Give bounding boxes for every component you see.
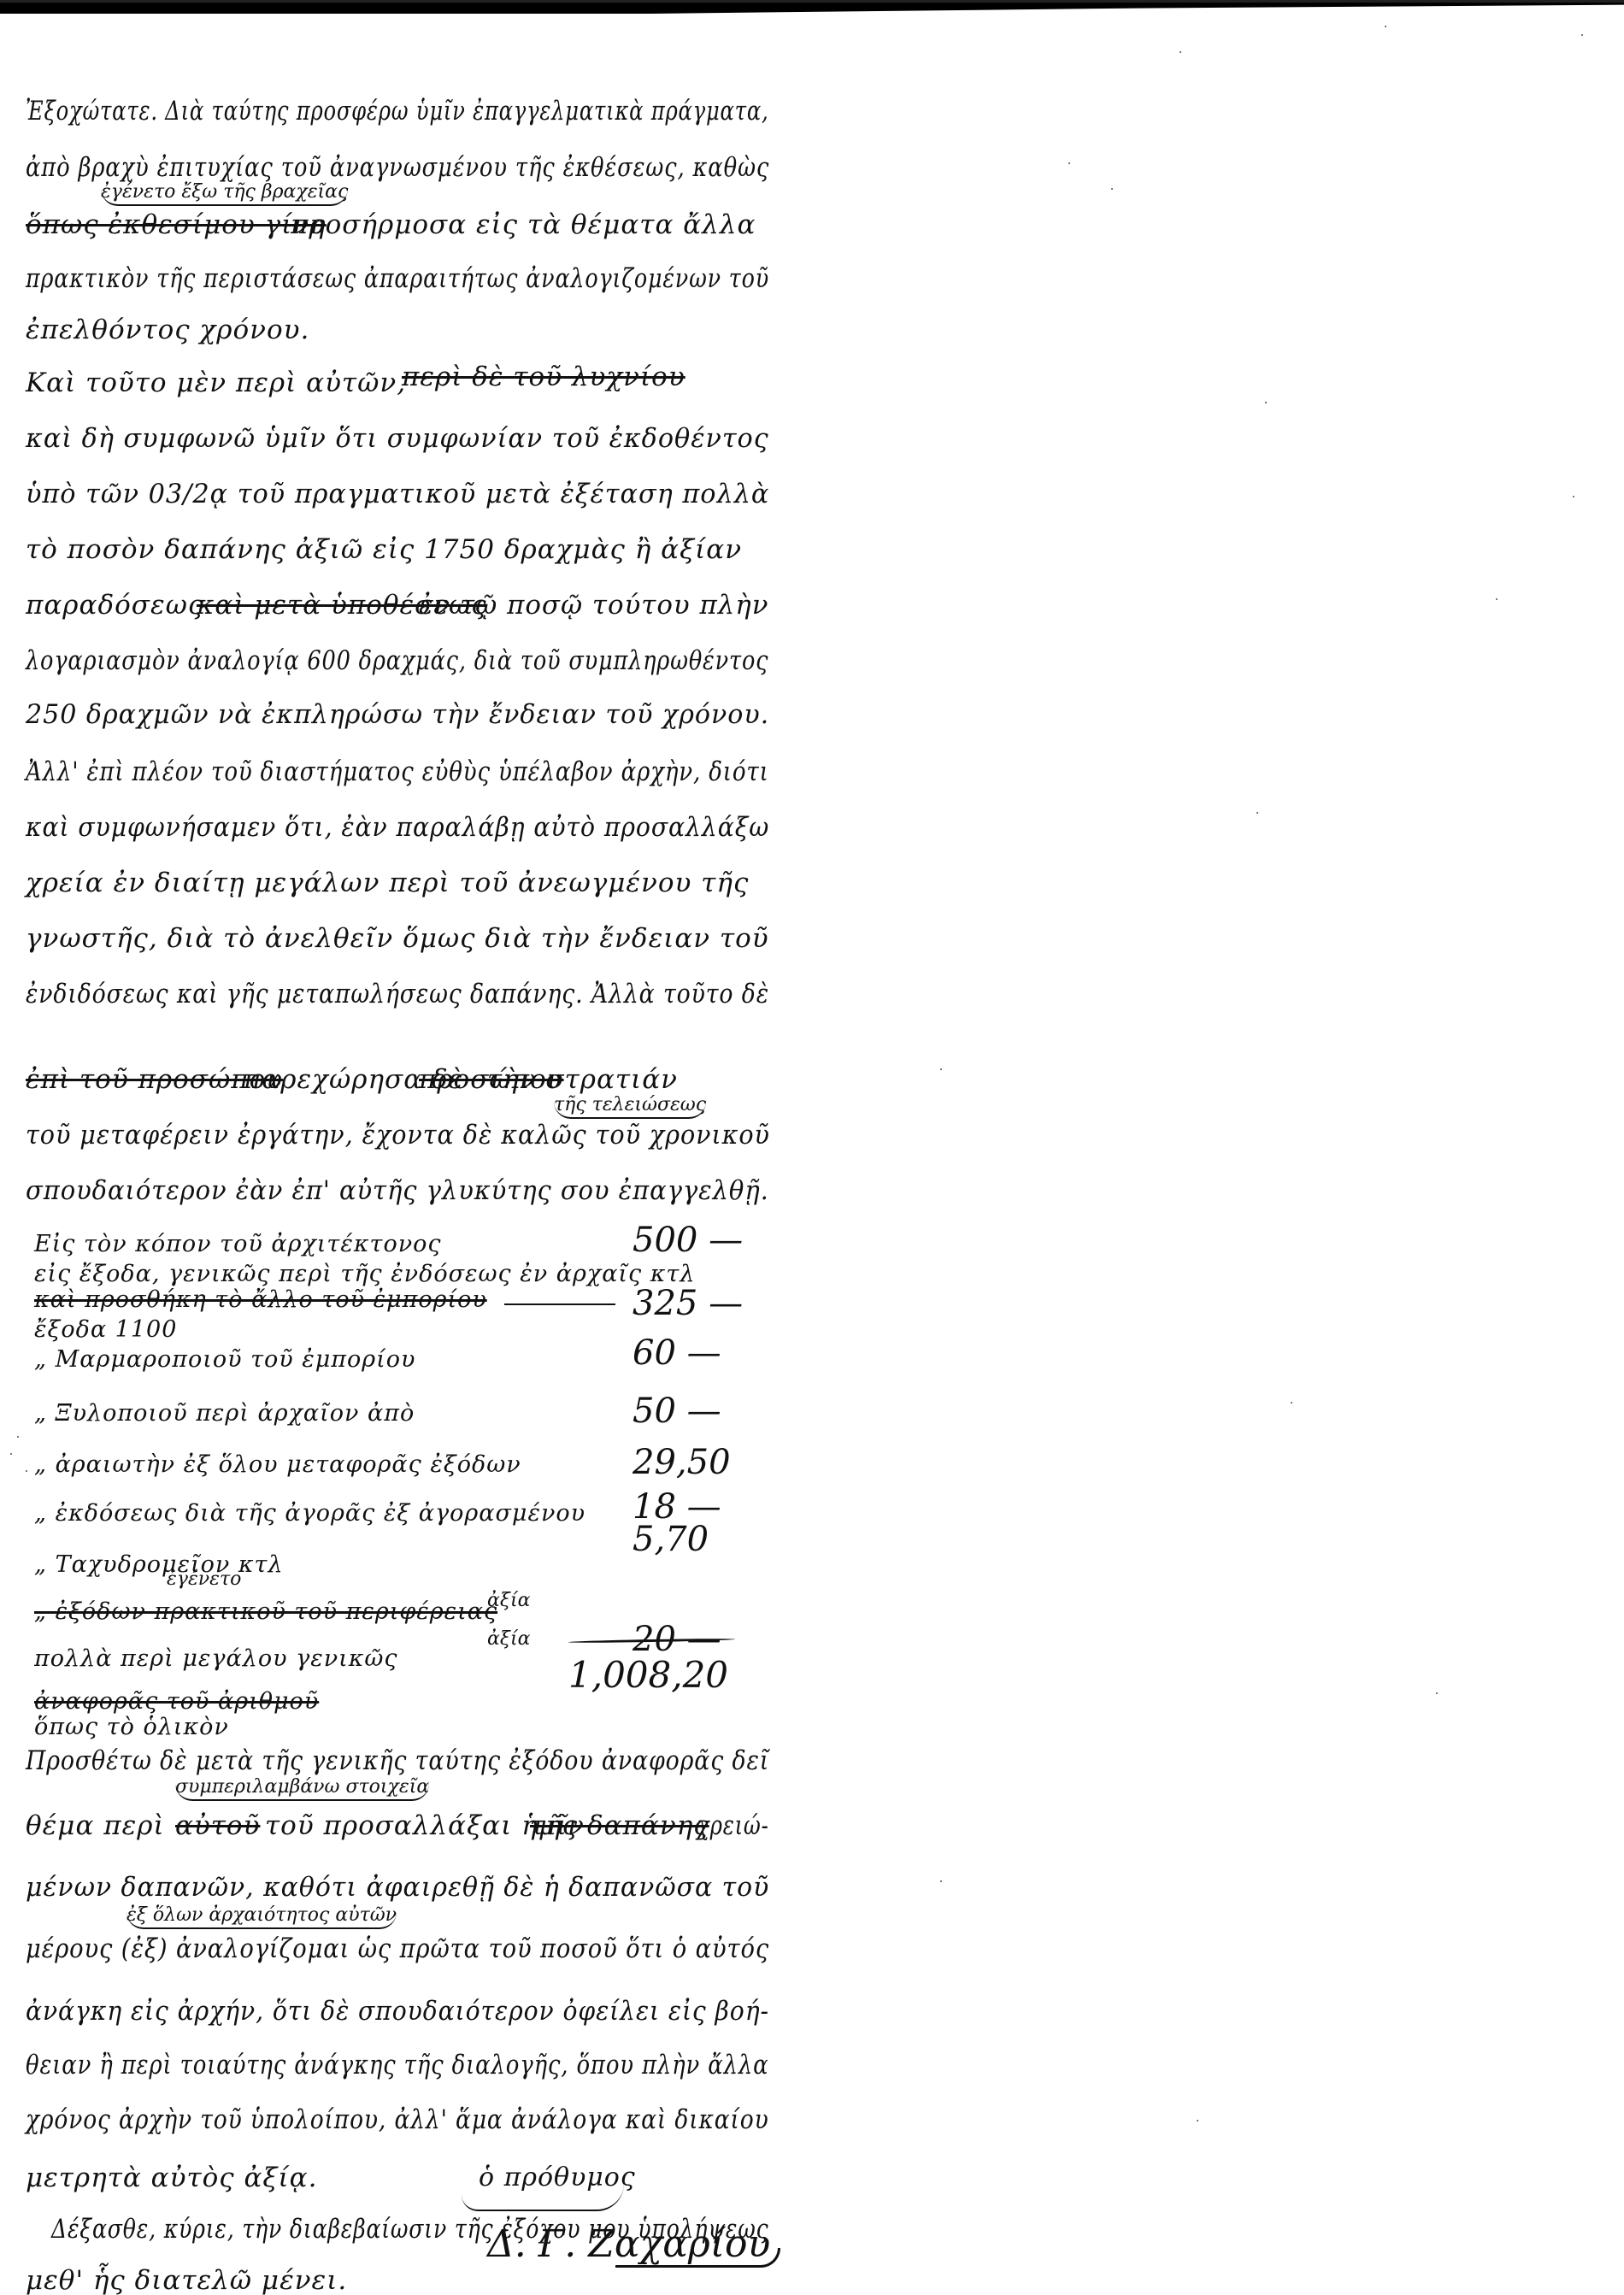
- handwritten-line: Ἀλλ' ἐπὶ πλέον τοῦ διαστήματος εὐθὺς ὑπέ…: [26, 756, 769, 787]
- handwritten-line: μένων δαπανῶν, καθότι ἀφαιρεθῇ δὲ ἡ δαπα…: [26, 1872, 769, 1903]
- account-item-label: καὶ προσθήκη τὸ ἄλλο τοῦ ἐμπορίου: [34, 1286, 487, 1313]
- scan-speck: [1496, 598, 1497, 600]
- scan-speck: [10, 1453, 12, 1455]
- scan-speck: [26, 1470, 27, 1472]
- scan-speck: [1581, 34, 1583, 36]
- handwritten-line: μεθ' ἧς διατελῶ μένει.: [26, 2265, 347, 2295]
- scan-speck: [1197, 2120, 1198, 2121]
- scan-speck: [1265, 402, 1267, 403]
- manuscript-page: Ἐξοχώτατε. Διὰ ταύτης προσφέρω ὑμῖν ἐπαγ…: [0, 0, 1624, 2295]
- account-item-label: ὅπως τὸ ὁλικὸν: [34, 1714, 229, 1740]
- handwritten-line: χρειώ-: [697, 1810, 769, 1841]
- scan-speck: [940, 1068, 942, 1070]
- handwritten-line: ἀνάγκη εἰς ἀρχήν, ὅτι δὲ σπουδαιότερον ὀ…: [26, 1996, 769, 2027]
- interlinear-insertion: τῆς τελειώσεως: [554, 1094, 706, 1119]
- struck-text: περὶ δὲ τοῦ λυχνίου: [402, 362, 685, 392]
- struck-text: αὐτοῦ: [175, 1810, 260, 1841]
- account-note: ἀξία: [487, 1590, 530, 1611]
- account-item-amount: 500 —: [633, 1221, 743, 1260]
- handwritten-line: μέρους (ἐξ) ἀναλογίζομαι ὡς πρῶτα τοῦ πο…: [26, 1933, 769, 1964]
- handwritten-line: ἐπελθόντος χρόνου.: [26, 315, 309, 345]
- scan-speck: [1436, 1692, 1438, 1694]
- handwritten-line: προσήρμοσα εἰς τὰ θέματα ἄλλα: [291, 209, 756, 240]
- account-item-label: „ ἀραιωτὴν ἐξ ὅλου μεταφορᾶς ἐξόδων: [34, 1451, 521, 1478]
- handwritten-line: τὸ ποσὸν δαπάνης ἀξιῶ εἰς 1750 δραχμὰς ἢ…: [26, 534, 742, 565]
- account-item-amount: 29,50: [633, 1443, 731, 1482]
- account-item-label: ἀναφορᾶς τοῦ ἀριθμοῦ: [34, 1688, 319, 1715]
- handwritten-line: ὑπὸ τῶν 03/2ᾳ τοῦ πραγματικοῦ μετὰ ἐξέτα…: [26, 479, 769, 509]
- handwritten-line: Ἐξοχώτατε. Διὰ ταύτης προσφέρω ὑμῖν ἐπαγ…: [26, 96, 768, 127]
- handwritten-line: Καὶ τοῦτο μὲν περὶ αὐτῶν,: [26, 368, 406, 398]
- interlinear-insertion: ἐξ ὅλων ἀρχαιότητος αὐτῶν: [127, 1904, 397, 1929]
- account-item-label: „ Ταχυδρομεῖον κτλ: [34, 1551, 284, 1578]
- signature-underline: [615, 2248, 780, 2268]
- account-item-label: ἔξοδα 1100: [34, 1316, 177, 1343]
- scan-speck: [1291, 1402, 1292, 1403]
- account-item-label: πολλὰ περὶ μεγάλου γενικῶς: [34, 1645, 398, 1672]
- handwritten-line: ἐνδιδόσεως καὶ γῆς μεταπωλήσεως δαπάνης.…: [26, 979, 769, 1009]
- account-item-label: „ Ξυλοποιοῦ περὶ ἀρχαῖον ἀπὸ: [34, 1400, 415, 1427]
- handwritten-line: μετρητὰ αὐτὸς ἀξίᾳ.: [26, 2163, 317, 2193]
- scan-speck: [17, 1436, 19, 1438]
- scan-speck: [1180, 51, 1181, 53]
- scan-speck: [940, 1880, 942, 1882]
- scan-speck: [1068, 162, 1070, 164]
- scan-edge-line: [0, 0, 1624, 3]
- handwritten-line: σπουδαιότερον ἐὰν ἐπ' αὐτῆς γλυκύτης σου…: [26, 1175, 769, 1206]
- account-item-amount: 60 —: [633, 1333, 721, 1373]
- interlinear-insertion: ἐγένετο ἔξω τῆς βραχεῖας: [101, 181, 348, 206]
- handwritten-line: χρόνος ἀρχὴν τοῦ ὑπολοίπου, ἀλλ' ἅμα ἀνά…: [26, 2104, 769, 2135]
- handwritten-line: καὶ δὴ συμφωνῶ ὑμῖν ὅτι συμφωνίαν τοῦ ἐκ…: [26, 423, 769, 454]
- account-item-label: „ Μαρμαροποιοῦ τοῦ ἐμπορίου: [34, 1346, 415, 1373]
- handwritten-line: πρακτικὸν τῆς περιστάσεως ἀπαραιτήτως ἀν…: [26, 263, 769, 294]
- handwritten-line: 250 δραχμῶν νὰ ἐκπληρώσω τὴν ἔνδειαν τοῦ…: [26, 699, 769, 730]
- handwritten-line: τοῦ μεταφέρειν ἐργάτην, ἔχοντα δὲ καλῶς …: [26, 1120, 770, 1150]
- account-item-amount: 50 —: [633, 1392, 721, 1431]
- handwritten-line: θέμα περὶ: [26, 1810, 165, 1841]
- account-item-label: Εἰς τὸν κόπον τοῦ ἀρχιτέκτονος: [34, 1231, 442, 1257]
- handwritten-line: παραδόσεως: [26, 590, 203, 621]
- account-item-amount: 5,70: [633, 1520, 709, 1559]
- handwritten-line: ἀπὸ βραχὺ ἐπιτυχίας τοῦ ἀναγνωσμένου τῆς…: [26, 152, 769, 183]
- account-item-amount: 325 —: [633, 1284, 743, 1323]
- accounts-total: 1,008,20: [568, 1654, 728, 1696]
- handwritten-line: καὶ συμφωνήσαμεν ὅτι, ἐὰν παραλάβῃ αὐτὸ …: [26, 812, 769, 843]
- handwritten-line: θειαν ἢ περὶ τοιαύτης ἀνάγκης τῆς διαλογ…: [26, 2050, 769, 2080]
- struck-text: τῆς δαπάνης: [530, 1810, 709, 1841]
- account-item-label: „ ἐκδόσεως διὰ τῆς ἀγορᾶς ἐξ ἀγορασμένου: [34, 1500, 585, 1527]
- account-item-label: εἰς ἔξοδα, γενικῶς περὶ τῆς ἐνδόσεως ἐν …: [34, 1261, 695, 1287]
- signature-flourish: [462, 2184, 624, 2211]
- scan-speck: [1111, 188, 1113, 190]
- handwritten-line: ἐν τῷ ποσῷ τούτου πλὴν: [419, 590, 769, 621]
- handwritten-line: χρεία ἐν διαίτῃ μεγάλων περὶ τοῦ ἀνεωγμέ…: [26, 868, 749, 898]
- handwritten-line: Προσθέτω δὲ μετὰ τῆς γενικῆς ταύτης ἐξόδ…: [26, 1745, 769, 1776]
- account-note: ἀξία: [487, 1628, 530, 1650]
- handwritten-line: λογαριασμὸν ἀναλογίᾳ 600 δραχμάς, διὰ το…: [26, 645, 768, 676]
- account-item-label: „ ἐξόδων πρακτικοῦ τοῦ περιφέρειας: [34, 1598, 497, 1625]
- interlinear-insertion: συμπεριλαμβάνω στοιχεῖα: [175, 1776, 429, 1801]
- account-note: ἐγένετο: [167, 1568, 241, 1590]
- struck-text: ὅπως ἐκθεσίμου γίνη: [26, 209, 327, 240]
- handwritten-line: γνωστῆς, διὰ τὸ ἀνελθεῖν ὅμως διὰ τὴν ἔν…: [26, 923, 769, 954]
- leader-line: [504, 1303, 615, 1305]
- scan-speck: [1256, 812, 1258, 814]
- handwritten-line: τὴν στρατιάν: [487, 1064, 678, 1095]
- scan-speck: [1385, 26, 1386, 27]
- scan-speck: [1573, 496, 1574, 497]
